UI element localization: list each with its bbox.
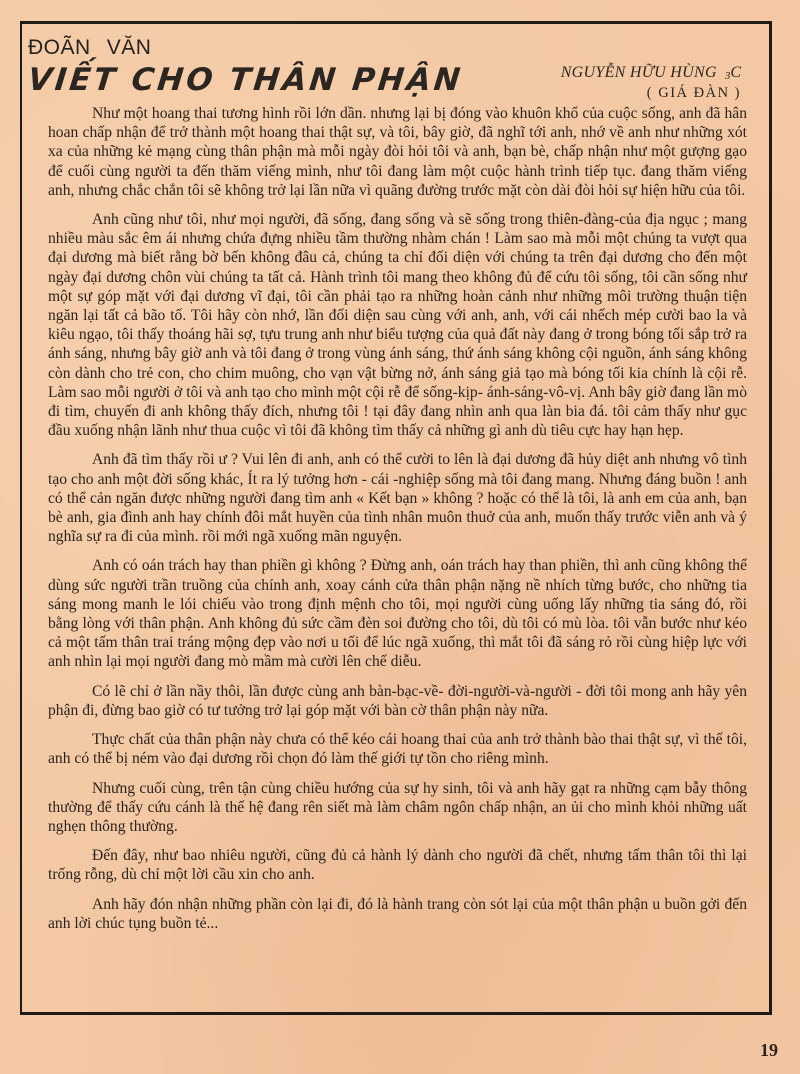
paragraph: Đến đây, như bao nhiêu người, cũng đủ cả… <box>48 846 747 884</box>
author-class: 3C <box>725 64 741 81</box>
paragraph: Có lẽ chỉ ở lần nầy thôi, lần được cùng … <box>48 682 747 720</box>
article-header: ĐOÃNVĂN VIẾT CHO THÂN PHẬN NGUYỄN HỮU HÙ… <box>28 36 728 102</box>
byline: NGUYỄN HỮU HÙNG 3C ( GIÁ ĐÀN ) <box>561 64 741 102</box>
article-body: Như một hoang thai tương hình rồi lớn dầ… <box>48 104 747 942</box>
paragraph: Anh hãy đón nhận những phần còn lại đi, … <box>48 895 747 933</box>
section-kicker: ĐOÃNVĂN <box>28 36 151 60</box>
kicker-word-2: VĂN <box>107 36 152 59</box>
author-class-letter: C <box>730 64 741 81</box>
paragraph: Thực chất của thân phận này chưa có thể … <box>48 730 747 768</box>
paragraph: Anh cũng như tôi, như mọi người, đã sống… <box>48 210 747 440</box>
pen-name: ( GIÁ ĐÀN ) <box>561 85 741 102</box>
article-title: VIẾT CHO THÂN PHẬN <box>26 62 465 98</box>
kicker-word-1: ĐOÃN <box>28 36 91 59</box>
page-number: 19 <box>760 1040 778 1061</box>
paragraph: Như một hoang thai tương hình rồi lớn dầ… <box>48 104 747 200</box>
paragraph: Anh đã tìm thấy rồi ư ? Vui lên đi anh, … <box>48 450 747 546</box>
paragraph: Nhưng cuối cùng, trên tận cùng chiều hướ… <box>48 779 747 837</box>
author-name: NGUYỄN HỮU HÙNG <box>561 64 717 81</box>
paragraph: Anh có oán trách hay than phiền gì không… <box>48 556 747 671</box>
